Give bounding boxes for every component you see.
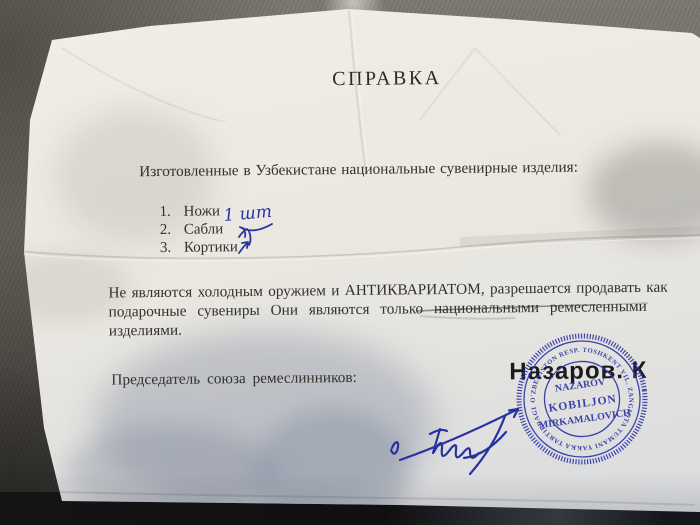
signature-stroke: [391, 442, 398, 453]
document-paper: СПРАВКА Изготовленные в Узбекистане наци…: [0, 0, 700, 525]
signer-label: Председатель союза ремеслинников:: [111, 369, 357, 390]
handwritten-annotations: 1 шт: [210, 200, 340, 260]
handwritten-arrow: [239, 242, 248, 253]
signature-arrow: [400, 409, 518, 460]
body-line: изделиями.: [109, 322, 182, 341]
document-title: СПРАВКА: [332, 67, 442, 91]
item-number: 1.: [160, 204, 184, 221]
photo-of-certificate: СПРАВКА Изготовленные в Узбекистане наци…: [0, 0, 700, 525]
handwritten-check: [239, 228, 247, 237]
handwritten-quantity: 1 шт: [223, 202, 273, 226]
signature: [372, 396, 542, 496]
item-number: 2.: [160, 222, 184, 239]
item-number: 3.: [160, 240, 184, 257]
intro-line: Изготовленные в Узбекистане национальные…: [139, 159, 578, 182]
stamp-name-line: NAZAROV: [554, 377, 606, 395]
handwritten-connector: [249, 231, 251, 245]
signature-stroke: [430, 429, 447, 453]
